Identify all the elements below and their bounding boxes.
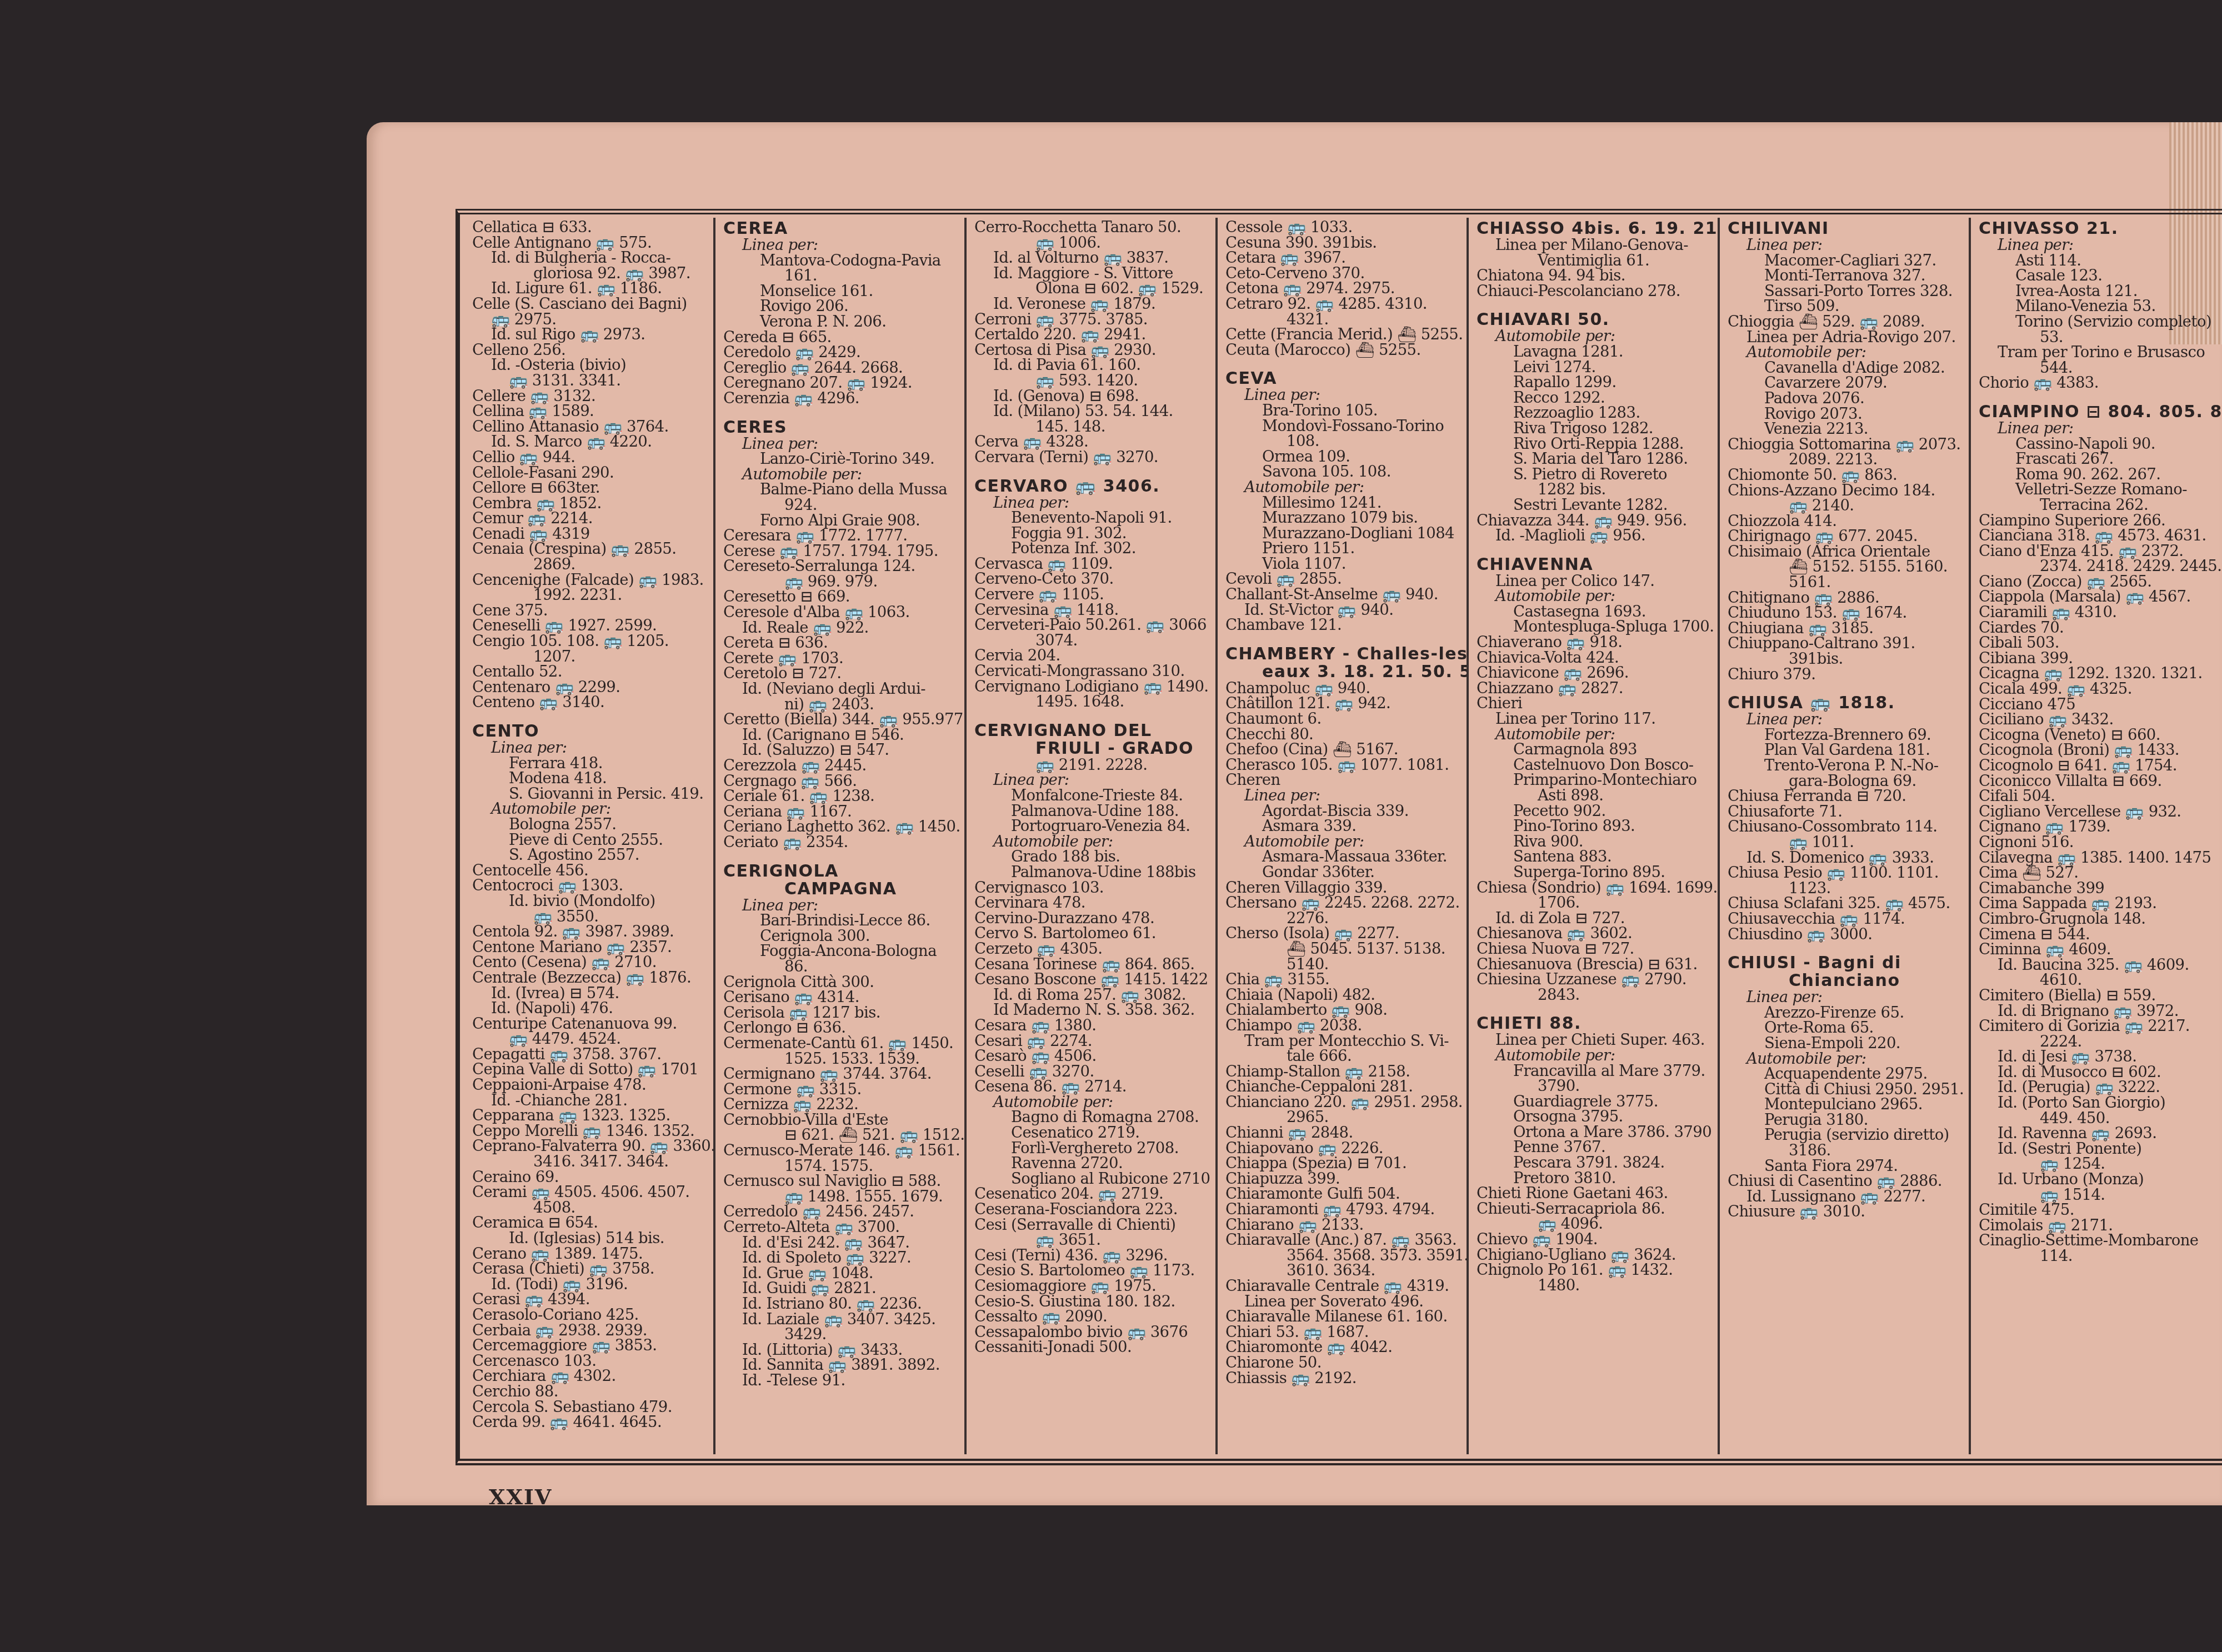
index-entry: S. Agostino 2557. <box>472 848 707 863</box>
index-entry: Chiaramonte Gulfi 504. <box>1225 1187 1460 1202</box>
index-entry: Ceriato 🚌 2354. <box>723 835 958 850</box>
index-entry: Linea per: <box>1728 990 1962 1005</box>
index-entry: 1123. <box>1728 881 1962 897</box>
index-entry: Cernobbio-Villa d'Este <box>723 1113 958 1128</box>
index-entry: Cimbro-Grugnola 148. <box>1979 912 2215 927</box>
index-entry: Id. (Genova) ⊟ 698. <box>974 389 1209 404</box>
index-entry: Ceresara 🚌 1772. 1777. <box>723 528 958 544</box>
index-entry: Id. (Perugia) 🚌 3222. <box>1979 1080 2215 1095</box>
index-entry: 53. <box>1979 330 2215 346</box>
index-entry: Id. (Napoli) 476. <box>472 1001 707 1017</box>
index-entry: 🚌 1498. 1555. 1679. <box>723 1189 958 1205</box>
index-entry: 3186. <box>1728 1143 1962 1159</box>
index-entry: Chiuduno 153. 🚌 1674. <box>1728 605 1962 621</box>
index-entry: Automobile per: <box>1477 589 1711 604</box>
index-entry: Ceretto (Biella) 344. 🚌 955.977 <box>723 712 958 728</box>
index-entry: ⛴ 5152. 5155. 5160. <box>1728 559 1962 575</box>
index-entry: Priero 1151. <box>1225 541 1460 557</box>
section-heading: CHIUSA 🚌 1818. <box>1728 694 1962 712</box>
index-entry: Cimitile 475. <box>1979 1203 2215 1218</box>
index-entry: S. Giovanni in Persic. 419. <box>472 787 707 802</box>
index-entry: gloriosa 92. 🚌 3987. <box>472 266 707 282</box>
index-entry: Monfalcone-Trieste 84. <box>974 788 1209 804</box>
index-entry: Guardiagrele 3775. <box>1477 1094 1711 1110</box>
index-entry: Chiozzola 414. <box>1728 514 1962 529</box>
index-entry: Chersano 🚌 2245. 2268. 2272. <box>1225 895 1460 911</box>
index-entry: Cereseto-Serralunga 124. <box>723 559 958 574</box>
index-entry: Linea per: <box>1225 388 1460 403</box>
index-entry: gara-Bologna 69. <box>1728 774 1962 789</box>
index-entry: Chiusi di Casentino 🚌 2886. <box>1728 1174 1962 1189</box>
index-entry: Grado 188 bis. <box>974 849 1209 865</box>
index-entry: Celle (S. Casciano dei Bagni) <box>472 297 707 312</box>
index-entry: 🚌 4479. 4524. <box>472 1032 707 1047</box>
index-entry: Cigliano Vercellese 🚌 932. <box>1979 804 2215 820</box>
index-entry: Cercemaggiore 🚌 3853. <box>472 1338 707 1354</box>
index-entry: Lanzo-Ciriè-Torino 349. <box>723 452 958 467</box>
index-entry: Chiaromonte 🚌 4042. <box>1225 1340 1460 1355</box>
index-entry: Ciaramili 🚌 4310. <box>1979 605 2215 620</box>
index-entry: Chiaravalle (Anc.) 87. 🚌 3563. <box>1225 1233 1460 1248</box>
index-entry: Cercenasco 103. <box>472 1354 707 1369</box>
index-entry: Id. Ligure 61. 🚌 1186. <box>472 281 707 297</box>
index-entry: Chiaravalle Centrale 🚌 4319. <box>1225 1279 1460 1294</box>
index-entry: Centenaro 🚌 2299. <box>472 680 707 695</box>
index-entry: Id. Istriano 80. 🚌 2236. <box>723 1296 958 1312</box>
index-entry: 🚌 3131. 3341. <box>472 373 707 389</box>
index-entry: Chirignago 🚌 677. 2045. <box>1728 529 1962 544</box>
index-entry: Pecetto 902. <box>1477 804 1711 819</box>
index-entry: Id. di Bulgheria - Rocca- <box>472 251 707 266</box>
index-entry: Chiampo 🚌 2038. <box>1225 1018 1460 1034</box>
index-entry: Cetara 🚌 3967. <box>1225 251 1460 266</box>
index-entry: Ceregnano 207. 🚌 1924. <box>723 376 958 391</box>
index-entry: Ciminna 🚌 4609. <box>1979 942 2215 958</box>
index-entry: Id. Sannita 🚌 3891. 3892. <box>723 1358 958 1373</box>
index-entry: Id. Maggiore - S. Vittore <box>974 266 1209 282</box>
index-entry: 5161. <box>1728 575 1962 590</box>
index-entry: Centallo 52. <box>472 664 707 680</box>
index-entry: Modena 418. <box>472 771 707 787</box>
index-entry: Asmara 339. <box>1225 819 1460 834</box>
index-entry: Chiusa Ferranda ⊟ 720. <box>1728 789 1962 804</box>
index-entry: Ceriano Laghetto 362. 🚌 1450. <box>723 819 958 835</box>
index-entry: Ceserana-Fosciandora 223. <box>974 1202 1209 1218</box>
index-entry: Id. Veronese 🚌 1879. <box>974 297 1209 312</box>
index-entry: Ciconicco Villalta ⊟ 669. <box>1979 774 2215 789</box>
index-entry: Cerchio 88. <box>472 1384 707 1400</box>
index-entry: Cervino-Durazzano 478. <box>974 911 1209 927</box>
section-heading: CHIAVARI 50. <box>1477 311 1711 329</box>
index-entry: 🚌 1254. <box>1979 1157 2215 1172</box>
index-entry: 3790. <box>1477 1079 1711 1094</box>
index-entry: Centocelle 456. <box>472 863 707 879</box>
index-entry: Centone Mariano 🚌 2357. <box>472 940 707 955</box>
index-entry: Chorio 🚌 4383. <box>1979 376 2215 391</box>
index-entry: Ciciliano 🚌 3432. <box>1979 712 2215 728</box>
index-entry: Palmanova-Udine 188. <box>974 804 1209 819</box>
index-entry: Chiesanuova (Brescia) ⊟ 631. <box>1477 957 1711 973</box>
index-entry: Linea per: <box>974 773 1209 788</box>
index-entry: Cepagatti 🚌 3758. 3767. <box>472 1047 707 1063</box>
index-entry: Cignoni 516. <box>1979 835 2215 850</box>
index-entry: Châtillon 121. 🚌 942. <box>1225 696 1460 712</box>
index-entry: Cerro-Rocchetta Tanaro 50. <box>974 220 1209 236</box>
index-entry: Cellere 🚌 3132. <box>472 389 707 404</box>
index-entry: Centrale (Bezzecca) 🚌 1876. <box>472 970 707 986</box>
index-entry: Ceretolo ⊟ 727. <box>723 666 958 682</box>
index-entry: 🚌 593. 1420. <box>974 373 1209 389</box>
index-entry: Cellore ⊟ 663ter. <box>472 480 707 496</box>
index-entry: Certaldo 220. 🚌 2941. <box>974 327 1209 343</box>
index-entry: Acquapendente 2975. <box>1728 1067 1962 1082</box>
index-entry: Rovigo 206. <box>723 299 958 314</box>
index-entry: Id. (Porto San Giorgio) <box>1979 1095 2215 1111</box>
section-heading: CEREA <box>723 220 958 238</box>
index-entry: Primparino-Montechiaro <box>1477 773 1711 788</box>
index-entry: Chioggia Sottomarina 🚌 2073. <box>1728 437 1962 453</box>
index-entry: Cerda 99. 🚌 4641. 4645. <box>472 1415 707 1430</box>
index-entry: Linea per: <box>1728 712 1962 728</box>
index-entry: Cerbaia 🚌 2938. 2939. <box>472 1323 707 1339</box>
index-entry: tale 666. <box>1225 1049 1460 1064</box>
index-entry: Ciardes 70. <box>1979 620 2215 636</box>
index-entry: Id. di Jesi 🚌 3738. <box>1979 1049 2215 1065</box>
index-entry: Cerezzola 🚌 2445. <box>723 758 958 774</box>
index-entry: Cene 375. <box>472 603 707 619</box>
index-entry: Cerveteri-Paio 50.261. 🚌 3066 <box>974 618 1209 633</box>
index-entry: Celle Antignano 🚌 575. <box>472 236 707 251</box>
index-entry: Chiazzano 🚌 2827. <box>1477 681 1711 697</box>
index-entry: Id. Guidi 🚌 2821. <box>723 1281 958 1296</box>
index-entry: Ceredolo 🚌 2429. <box>723 345 958 361</box>
index-entry: Roma 90. 262. 267. <box>1979 467 2215 483</box>
index-entry: Chia 🚌 3155. <box>1225 972 1460 988</box>
index-entry: 2224. <box>1979 1034 2215 1050</box>
index-entry: Linea per Milano-Genova- <box>1477 238 1711 253</box>
index-entry: Trento-Verona P. N.-No- <box>1728 758 1962 774</box>
index-entry: Cemur 🚌 2214. <box>472 511 707 527</box>
index-entry: Chignolo Po 161. 🚌 1432. <box>1477 1263 1711 1278</box>
index-entry: Sogliano al Rubicone 2710 <box>974 1172 1209 1187</box>
index-entry: Cernusco-Merate 146. 🚌 1561. <box>723 1143 958 1159</box>
index-entry: Chiusa Pesio 🚌 1100. 1101. <box>1728 865 1962 881</box>
index-entry: Cerignola Città 300. <box>723 975 958 990</box>
index-entry: Asmara-Massaua 336ter. <box>1225 849 1460 865</box>
column-7: CHIVASSO 21.Linea per:Asti 114.Casale 12… <box>1971 218 2222 1454</box>
index-entry: Ceriale 61. 🚌 1238. <box>723 789 958 804</box>
index-entry: Torino (Servizio completo) <box>1979 314 2215 330</box>
index-entry: Cercola S. Sebastiano 479. <box>472 1400 707 1415</box>
index-entry: Cavarzere 2079. <box>1728 376 1962 391</box>
section-heading: CHAMBERY - Challes-les- <box>1225 645 1460 663</box>
index-entry: Chiappa (Spezia) ⊟ 701. <box>1225 1156 1460 1172</box>
index-entry: Chioggia ⛴ 529. 🚌 2089. <box>1728 314 1962 330</box>
index-entry: Cicogna (Veneto) ⊟ 660. <box>1979 728 2215 743</box>
index-entry: Foggia 91. 302. <box>974 526 1209 542</box>
index-entry: Linea per Colico 147. <box>1477 574 1711 589</box>
index-entry: 1574. 1575. <box>723 1159 958 1174</box>
index-entry: Monselice 161. <box>723 284 958 299</box>
index-entry: Automobile per: <box>1477 1048 1711 1064</box>
index-entry: Chions-Azzano Decimo 184. <box>1728 483 1962 499</box>
index-entry: Cerasa (Chieti) 🚌 3758. <box>472 1261 707 1277</box>
index-entry: Cicciano 475 <box>1979 697 2215 713</box>
index-entry: Cervere 🚌 1105. <box>974 587 1209 603</box>
index-entry: Chianciano 220. 🚌 2951. 2958. <box>1225 1095 1460 1110</box>
index-entry: 924. <box>723 498 958 513</box>
index-entry: ⊟ 621. ⛴ 521. 🚌 1512. <box>723 1128 958 1143</box>
index-entry: 108. <box>1225 434 1460 449</box>
index-entry: Id. Reale 🚌 922. <box>723 620 958 636</box>
index-entry: 449. 450. <box>1979 1111 2215 1127</box>
index-entry: 5140. <box>1225 957 1460 973</box>
index-entry: 4508. <box>472 1200 707 1216</box>
index-entry: 2965. <box>1225 1110 1460 1125</box>
index-entry: Cesena 86. 🚌 2714. <box>974 1079 1209 1095</box>
index-entry: 🚌 3550. <box>472 909 707 925</box>
index-entry: 145. 148. <box>974 419 1209 435</box>
index-entry: Cianciana 318. 🚌 4573. 4631. <box>1979 528 2215 544</box>
index-entry: Id. (Milano) 53. 54. 144. <box>974 404 1209 419</box>
section-heading: CERES <box>723 419 958 437</box>
index-entry: Mondovì-Fossano-Torino <box>1225 419 1460 434</box>
index-entry: Cesara 🚌 1380. <box>974 1018 1209 1034</box>
index-entry: Cerignola 300. <box>723 929 958 944</box>
index-entry: Forno Alpi Graie 908. <box>723 513 958 529</box>
index-entry: Cesio S. Bartolomeo 🚌 1173. <box>974 1263 1209 1279</box>
index-entry: Id. (Todi) 🚌 3196. <box>472 1277 707 1293</box>
index-entry: Cerchiara 🚌 4302. <box>472 1369 707 1384</box>
index-entry: Linea per: <box>723 238 958 253</box>
index-entry: Chieri <box>1477 696 1711 712</box>
index-entry: Chiaverano 🚌 918. <box>1477 635 1711 650</box>
index-entry: Asti 898. <box>1477 788 1711 804</box>
index-entry: 🚌 2140. <box>1728 498 1962 514</box>
index-entry: Linea per: <box>1225 788 1460 804</box>
index-entry: Milano-Venezia 53. <box>1979 299 2215 314</box>
index-entry: Chieuti-Serracapriola 86. <box>1477 1202 1711 1217</box>
index-entry: Cervicati-Mongrassano 310. <box>974 664 1209 679</box>
index-entry: Linea per Chieti Super. 463. <box>1477 1033 1711 1048</box>
index-entry: Cesenatico 2719. <box>974 1125 1209 1141</box>
index-entry: Chiusano-Cossombrato 114. <box>1728 819 1962 835</box>
index-entry: Cervignano Lodigiano 🚌 1490. <box>974 679 1209 695</box>
index-entry: Cerenzia 🚌 4296. <box>723 391 958 407</box>
index-entry: Cimitero (Biella) ⊟ 559. <box>1979 988 2215 1004</box>
index-entry: Ciano (Zocca) 🚌 2565. <box>1979 574 2215 590</box>
index-entry: Ceriana 🚌 1167. <box>723 804 958 820</box>
index-entry: Cerva 🚌 4328. <box>974 434 1209 450</box>
index-entry: S. Pietro di Rovereto <box>1477 467 1711 483</box>
index-entry: Ceneselli 🚌 1927. 2599. <box>472 618 707 634</box>
index-entry: Id. -Chianche 281. <box>472 1093 707 1109</box>
index-entry: Bagno di Romagna 2708. <box>974 1110 1209 1125</box>
index-entry: Ortona a Mare 3786. 3790 <box>1477 1125 1711 1140</box>
index-entry: Riva Trigoso 1282. <box>1477 421 1711 437</box>
index-entry: Cibali 503. <box>1979 635 2215 651</box>
index-entry: Id. Urbano (Monza) <box>1979 1172 2215 1188</box>
index-entry: Cerzeto 🚌 4305. <box>974 942 1209 957</box>
index-entry: Cervignasco 103. <box>974 880 1209 896</box>
index-entry: Linea per: <box>1979 238 2215 253</box>
index-entry: Perugia 3180. <box>1728 1113 1962 1128</box>
index-entry: Cifali 504. <box>1979 789 2215 804</box>
index-entry: Castelnuovo Don Bosco- <box>1477 758 1711 773</box>
section-heading: CENTO <box>472 723 707 740</box>
index-entry: Chiuppano-Caltrano 391. <box>1728 636 1962 652</box>
index-entry: Pretoro 3810. <box>1477 1171 1711 1187</box>
index-entry: 🚌 4096. <box>1477 1217 1711 1232</box>
index-entry: 4610. <box>1979 973 2215 988</box>
index-entry: Castasegna 1693. <box>1477 604 1711 620</box>
index-entry: Rapallo 1299. <box>1477 375 1711 391</box>
section-heading: FRIULI - GRADO <box>974 740 1209 758</box>
index-entry: Linea per Adria-Rovigo 207. <box>1728 330 1962 346</box>
index-entry: Chiapovano 🚌 2226. <box>1225 1141 1460 1157</box>
index-entry: Id. di Roma 257. 🚌 3082. <box>974 988 1209 1003</box>
index-entry: Superga-Torino 895. <box>1477 865 1711 880</box>
section-heading: CERVIGNANO DEL <box>974 722 1209 740</box>
index-entry: Challant-St-Anselme 🚌 940. <box>1225 587 1460 603</box>
index-entry: Id. -Osteria (bivio) <box>472 358 707 373</box>
index-entry: Ceselli 🚌 3270. <box>974 1064 1209 1080</box>
index-entry: 🚌 969. 979. <box>723 574 958 590</box>
index-entry: Id. -Maglioli 🚌 956. <box>1477 528 1711 544</box>
index-entry: Santena 883. <box>1477 849 1711 865</box>
index-entry: Francavilla al Mare 3779. <box>1477 1064 1711 1079</box>
index-entry: Centola 92. 🚌 3987. 3989. <box>472 924 707 940</box>
index-entry: Chiarano 🚌 2133. <box>1225 1218 1460 1233</box>
index-entry: Id. Grue 🚌 1048. <box>723 1266 958 1281</box>
index-entry: Cerasi 🚌 4394. <box>472 1292 707 1308</box>
index-entry: 544. <box>1979 361 2215 376</box>
index-entry: 391bis. <box>1728 652 1962 667</box>
index-entry: 1480. <box>1477 1278 1711 1294</box>
section-heading: CHIETI 88. <box>1477 1015 1711 1033</box>
index-entry: Id. (Neviano degli Ardui- <box>723 682 958 697</box>
index-entry: Cesi (Terni) 436. 🚌 3296. <box>974 1248 1209 1264</box>
index-entry: Id. St-Victor 🚌 940. <box>1225 603 1460 618</box>
index-entry: Mantova-Codogna-Pavia <box>723 253 958 269</box>
index-entry: Carmagnola 893 <box>1477 742 1711 758</box>
index-entry: Cima Sappada 🚌 2193. <box>1979 896 2215 912</box>
section-heading: eaux 3. 18. 21. 50. 59. <box>1225 663 1460 681</box>
index-entry: Ceto-Cerveno 370. <box>1225 266 1460 282</box>
index-entry: Pino-Torino 893. <box>1477 819 1711 834</box>
index-entry: Verona P. N. 206. <box>723 314 958 330</box>
index-entry: Monti-Terranova 327. <box>1728 268 1962 284</box>
index-entry: Id. (Littoria) 🚌 3433. <box>723 1343 958 1358</box>
index-entry: 86. <box>723 959 958 975</box>
index-entry: Chiassis 🚌 2192. <box>1225 1371 1460 1386</box>
index-entry: Id. al Volturno 🚌 3837. <box>974 251 1209 266</box>
index-entry: Ciano d'Enza 415. 🚌 2372. <box>1979 544 2215 559</box>
index-entry: Cesiomaggiore 🚌 1975. <box>974 1279 1209 1294</box>
index-entry: Id. bivio (Mondolfo) <box>472 894 707 909</box>
index-entry: Chitignano 🚌 2886. <box>1728 590 1962 606</box>
index-entry: Automobile per: <box>1728 345 1962 361</box>
index-entry: Cerredolo 🚌 2456. 2457. <box>723 1204 958 1220</box>
index-entry: Chiugiana 🚌 3185. <box>1728 621 1962 637</box>
index-entry: Macomer-Cagliari 327. <box>1728 253 1962 269</box>
index-entry: Cimolais 🚌 2171. <box>1979 1218 2215 1234</box>
index-entry: Automobile per: <box>472 802 707 817</box>
index-entry: Cerisano 🚌 4314. <box>723 990 958 1005</box>
index-entry: Bologna 2557. <box>472 817 707 833</box>
index-entry: Cimena ⊟ 544. <box>1979 927 2215 943</box>
index-entry: Automobile per: <box>723 467 958 483</box>
index-entry: Venezia 2213. <box>1728 422 1962 437</box>
index-entry: Cerasolo-Coriano 425. <box>472 1308 707 1323</box>
index-entry: Cheren Villaggio 339. <box>1225 880 1460 896</box>
index-entry: Id. (Iglesias) 514 bis. <box>472 1231 707 1246</box>
index-entry: Cheren <box>1225 773 1460 788</box>
index-entry: 161. <box>723 268 958 284</box>
index-entry: Celleno 256. <box>472 343 707 358</box>
index-entry: Chiarone 50. <box>1225 1355 1460 1371</box>
index-entry: Chiaramonti 🚌 4793. 4794. <box>1225 1202 1460 1218</box>
index-entry: Id. Laziale 🚌 3407. 3425. <box>723 1312 958 1328</box>
index-entry: Id. sul Rigo 🚌 2973. <box>472 327 707 343</box>
index-entry: Cicognolo ⊟ 641. 🚌 1754. <box>1979 758 2215 774</box>
index-entry: Riva 900. <box>1477 834 1711 850</box>
index-entry: Lavagna 1281. <box>1477 344 1711 360</box>
index-entry: 3416. 3417. 3464. <box>472 1154 707 1170</box>
index-entry: 🚌 1006. <box>974 236 1209 251</box>
index-entry: Ciappola (Marsala) 🚌 4567. <box>1979 589 2215 605</box>
index-entry: Id. (Carignano ⊟ 546. <box>723 728 958 743</box>
index-entry: Id. (Ivrea) ⊟ 574. <box>472 986 707 1002</box>
index-entry: Olona ⊟ 602. 🚌 1529. <box>974 281 1209 297</box>
index-entry: Cimitero di Gorizia 🚌 2217. <box>1979 1019 2215 1034</box>
index-entry: 🚌 2975. <box>472 312 707 328</box>
index-entry: Tirso 509. <box>1728 299 1962 314</box>
column-1: Cellatica ⊟ 633.Celle Antignano 🚌 575.Id… <box>464 218 715 1454</box>
index-entry: Cesuna 390. 391bis. <box>1225 236 1460 251</box>
index-entry: Chiavazza 344. 🚌 949. 956. <box>1477 513 1711 529</box>
index-entry: Cessalto 🚌 2090. <box>974 1309 1209 1325</box>
index-entry: Ceresole d'Alba 🚌 1063. <box>723 605 958 620</box>
index-entry: Casale 123. <box>1979 268 2215 284</box>
index-entry: Cherasco 105. 🚌 1077. 1081. <box>1225 758 1460 773</box>
index-entry: Linea per Torino 117. <box>1477 712 1711 727</box>
index-entry: Chialamberto 🚌 908. <box>1225 1003 1460 1018</box>
index-entry: Ciampino Superiore 266. <box>1979 513 2215 529</box>
index-entry: Cengio 105. 108. 🚌 1205. <box>472 634 707 649</box>
index-entry: Perugia (servizio diretto) <box>1728 1128 1962 1143</box>
index-entry: Linea per Soverato 496. <box>1225 1294 1460 1310</box>
index-entry: Cepparana 🚌 1323. 1325. <box>472 1108 707 1124</box>
index-entry: Ventimiglia 61. <box>1477 253 1711 269</box>
index-entry: Id. di Brignano 🚌 3972. <box>1979 1004 2215 1019</box>
index-entry: Chiusdino 🚌 3000. <box>1728 927 1962 943</box>
column-3: Cerro-Rocchetta Tanaro 50.🚌 1006.Id. al … <box>967 218 1218 1454</box>
index-entry: 3610. 3634. <box>1225 1263 1460 1279</box>
index-entry: Velletri-Sezze Romano- <box>1979 482 2215 498</box>
index-entry: Id. (Sestri Ponente) <box>1979 1142 2215 1157</box>
index-entry: Chiuro 379. <box>1728 667 1962 683</box>
column-4: Cessole 🚌 1033.Cesuna 390. 391bis.Cetara… <box>1218 218 1469 1454</box>
section-heading: CEVA <box>1225 370 1460 388</box>
index-entry: Cerami 🚌 4505. 4506. 4507. <box>472 1185 707 1200</box>
index-entry: Cepina Valle di Sotto) 🚌 1701 <box>472 1062 707 1078</box>
index-entry: Id. Lussignano 🚌 2277. <box>1728 1189 1962 1205</box>
index-entry: 🚌 1011. <box>1728 835 1962 850</box>
index-entry: Id Maderno N. S. 358. 362. <box>974 1003 1209 1018</box>
index-entry: Chiesanova 🚌 3602. <box>1477 926 1711 942</box>
index-entry: Pescara 3791. 3824. <box>1477 1155 1711 1171</box>
